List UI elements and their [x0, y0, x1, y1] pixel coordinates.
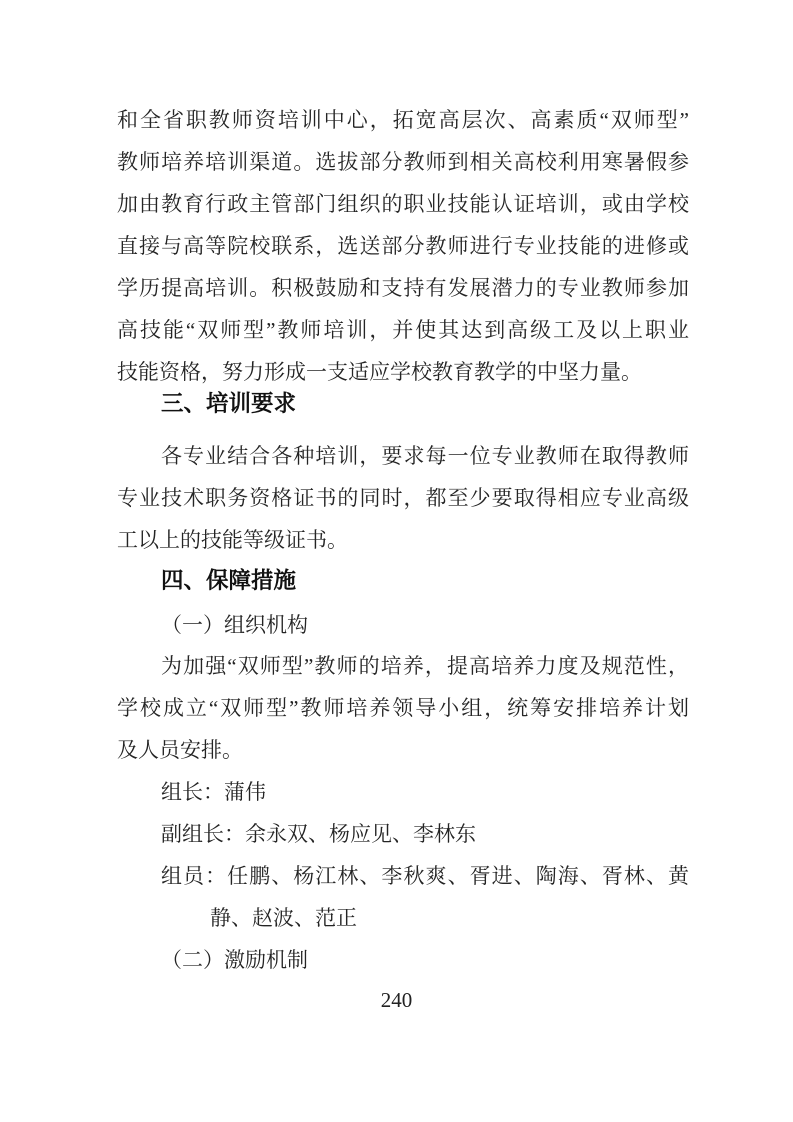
paragraph-organization: 为加强“双师型”教师的培养，提高培养力度及规范性，学校成立“双师型”教师培养领导… [117, 645, 689, 771]
text-line: 教师培养培训渠道。选拔部分教师到相关高校利用寒暑假参 [117, 141, 689, 183]
text-line: 组长：蒲伟 [117, 771, 689, 813]
paragraph-teacher-training-continued: 和全省职教师资培训中心，拓宽高层次、高素质“双师型”教师培养培训渠道。选拔部分教… [117, 99, 689, 393]
text-line: 加由教育行政主管部门组织的职业技能认证培训，或由学校 [117, 183, 689, 225]
text-line: 为加强“双师型”教师的培养，提高培养力度及规范性， [117, 645, 689, 687]
text-line: 专业技术职务资格证书的同时，都至少要取得相应专业高级 [117, 477, 689, 519]
document-page: 和全省职教师资培训中心，拓宽高层次、高素质“双师型”教师培养培训渠道。选拔部分教… [0, 0, 793, 1122]
text-line: 工以上的技能等级证书。 [117, 519, 689, 561]
subheading-1-organization: （一）组织机构 [117, 604, 689, 646]
text-line: 组员：任鹏、杨江林、李秋爽、胥进、陶海、胥林、黄 [117, 855, 689, 897]
text-line: （一）组织机构 [117, 604, 689, 646]
text-line: 各专业结合各种培训，要求每一位专业教师在取得教师 [117, 435, 689, 477]
subheading-2-incentive-mechanism: （二）激励机制 [117, 939, 689, 981]
text-line: 高技能“双师型”教师培训，并使其达到高级工及以上职业 [117, 309, 689, 351]
text-line: 及人员安排。 [117, 729, 689, 771]
text-line: 直接与高等院校联系，选送部分教师进行专业技能的进修或 [117, 225, 689, 267]
text-line: 和全省职教师资培训中心，拓宽高层次、高素质“双师型” [117, 99, 689, 141]
heading-text: 三、培训要求 [117, 383, 689, 425]
line-deputy-group-leaders: 副组长：余永双、杨应见、李林东 [117, 813, 689, 855]
text-line: （二）激励机制 [117, 939, 689, 981]
page-number: 240 [0, 985, 793, 1015]
text-line: 静、赵波、范正 [117, 897, 689, 939]
text-line: 学历提高培训。积极鼓励和支持有发展潜力的专业教师参加 [117, 267, 689, 309]
heading-text: 四、保障措施 [117, 560, 689, 602]
page-content: 和全省职教师资培训中心，拓宽高层次、高素质“双师型”教师培养培训渠道。选拔部分教… [0, 0, 793, 1122]
text-line: 学校成立“双师型”教师培养领导小组，统筹安排培养计划 [117, 687, 689, 729]
heading-section-3-training-requirements: 三、培训要求 [117, 383, 689, 425]
text-line: 副组长：余永双、杨应见、李林东 [117, 813, 689, 855]
line-group-leader: 组长：蒲伟 [117, 771, 689, 813]
line-group-members: 组员：任鹏、杨江林、李秋爽、胥进、陶海、胥林、黄静、赵波、范正 [117, 855, 689, 939]
paragraph-training-requirements: 各专业结合各种培训，要求每一位专业教师在取得教师专业技术职务资格证书的同时，都至… [117, 435, 689, 561]
heading-section-4-safeguard-measures: 四、保障措施 [117, 560, 689, 602]
